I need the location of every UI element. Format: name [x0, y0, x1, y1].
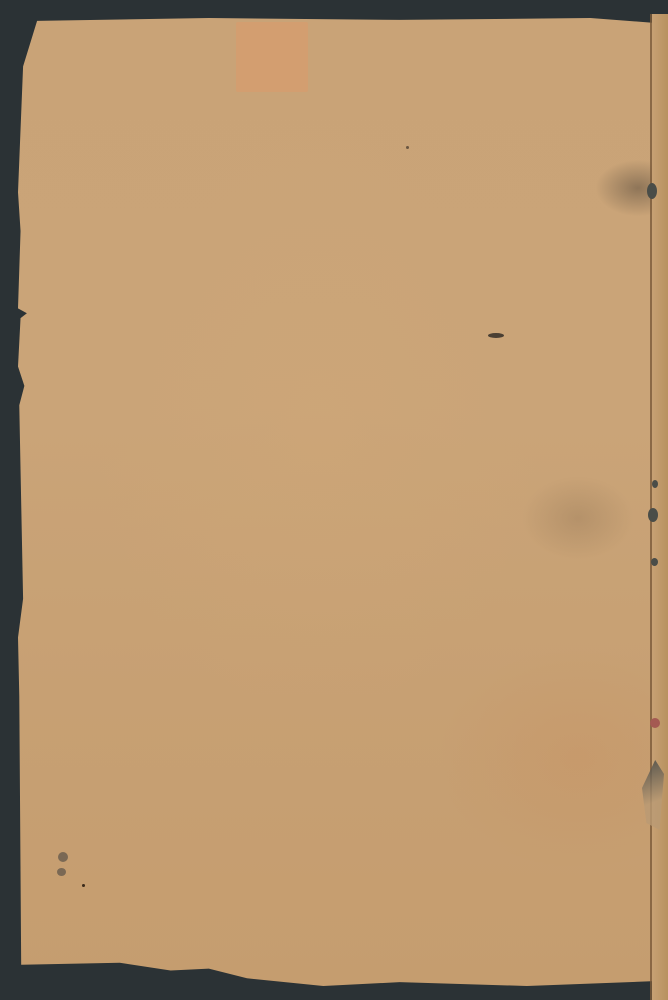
- smudge: [57, 868, 66, 876]
- stitch-hole-icon: [648, 508, 658, 522]
- stitch-hole-icon: [650, 718, 660, 728]
- speck: [406, 146, 409, 149]
- binding-line: [650, 14, 652, 1000]
- adjacent-page-edge: [652, 14, 668, 1000]
- stitch-hole-icon: [652, 480, 658, 488]
- speck: [82, 884, 85, 887]
- smudge: [58, 852, 68, 862]
- scan-background: [0, 0, 668, 1000]
- faded-stamp: [236, 22, 308, 92]
- paper-page: [18, 18, 654, 986]
- stitch-hole-icon: [647, 183, 657, 199]
- ink-spot: [488, 333, 504, 338]
- stitch-hole-icon: [651, 558, 658, 566]
